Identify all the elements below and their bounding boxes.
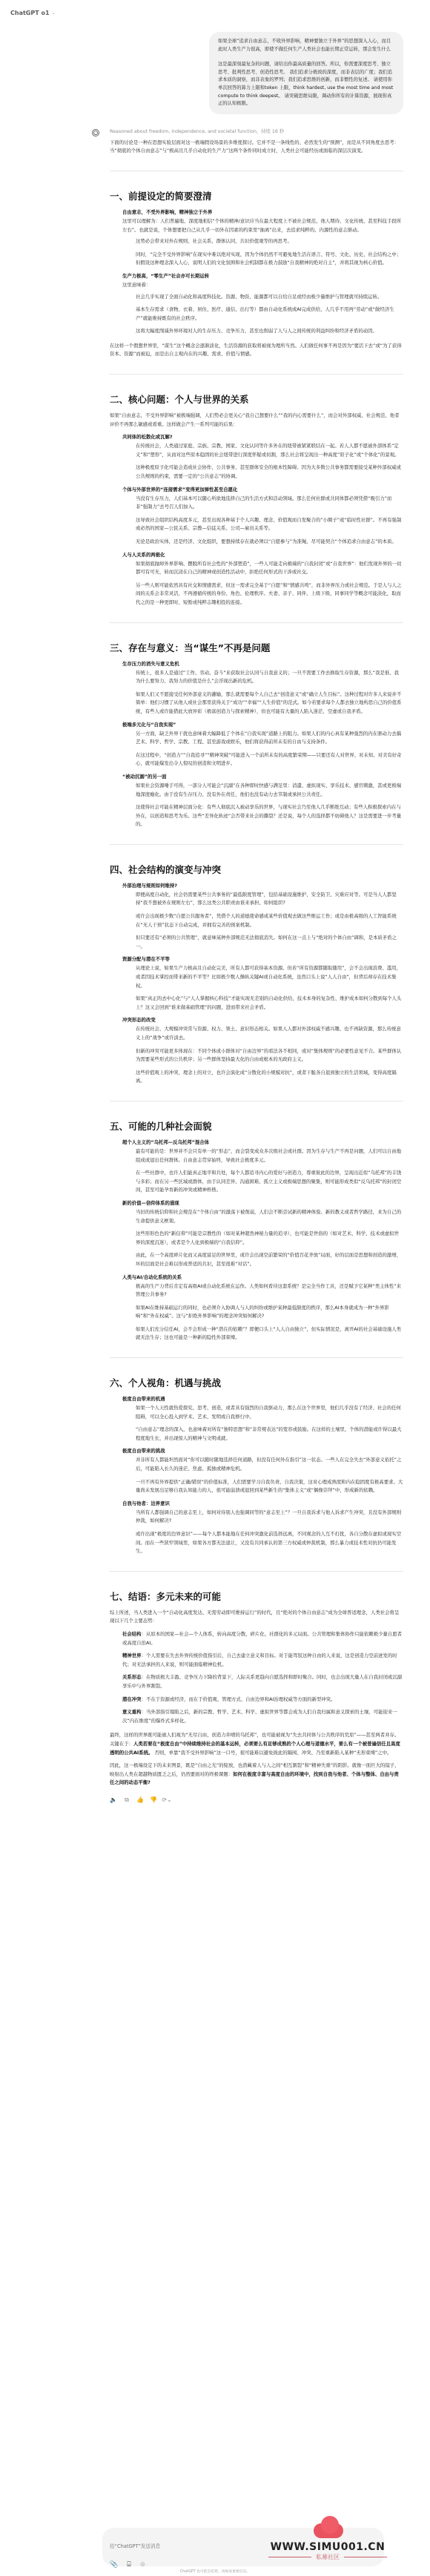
answer-section: 六、个人视角：机遇与挑战极度自由带来的机遇如果一个人天性就热爱探究、思考、创造，… — [110, 1376, 403, 1556]
answer-intro: 下面的讨论是一种在思想实验层面对这一极端假设场景的多维度探讨。它并不是一条线性的… — [110, 139, 403, 156]
summary-item: 意义重构：当外部指引塌陷之后，新的宗教、哲学、艺术、科学、虚拟世界等都会成为人们… — [122, 1708, 403, 1725]
section-heading: 三、存在与意义：当“谋生”不再是问题 — [110, 641, 403, 654]
regenerate-icon[interactable]: ⟳⌄ — [163, 1796, 171, 1804]
subsection-title: 资源分配与潜在不平等 — [122, 955, 403, 962]
list-item: 或许会出现极少数“自愿公共服务者”，凭借个人的道德使命感或某些价值观去做这些维运… — [136, 912, 403, 929]
list-item: 如果“真正的去中心化”与“人人掌握核心科技”才能实现无差别的自动化供给，技术本身… — [136, 995, 403, 1012]
subsection-title: 生产力极高，“零生产”社会亦可长期运转 — [122, 272, 403, 279]
read-aloud-icon[interactable]: 🔈 — [110, 1796, 117, 1804]
reasoning-summary[interactable]: Reasoned about freedom, independence, an… — [110, 128, 403, 134]
list-item: 这些价值观上的冲突、理念上的对立，也许会演化成“分散化的小规模对抗”，或者干脆各… — [136, 1069, 403, 1086]
summary-item-label: 潜在冲突 — [122, 1696, 142, 1702]
conclusion-paragraph: 因此，这一极端设定下的未来图景，既是“自由之光”的绽放，也潜藏着人与人之间“相互… — [110, 1762, 403, 1788]
answer-section: 一、前提设定的简要澄清自由意志，不受外界影响，精神独立于外界这里可以理解为：人们… — [110, 189, 403, 359]
user-message-paragraph: 这是最深刻最复杂的问题，请给出你最高质量的回答。所以，你需要深度思考、独立思考、… — [218, 61, 394, 108]
list-item: 这导致社会组织结构高度多元，甚至出现各种基于个人兴趣、理念、价值观而自发聚合的“… — [136, 516, 403, 533]
user-message-paragraph: 如果全球“追求自由意志，不收外界影响，精神要独立于外界”的思想深入人心，而且此时… — [218, 38, 394, 53]
summary-item-text: ：从原本的国家—社会—个人体系，转向高度分散、碎片化、社群化的多元局面。公共管理… — [122, 1631, 402, 1646]
section-heading: 二、核心问题：个人与世界的关系 — [110, 392, 403, 406]
subsection-title: 共同体的松散化或瓦解? — [122, 433, 403, 440]
composer-toolbar: 📎⌸⊕ — [110, 2561, 377, 2569]
list-item: 由此，在一个高度碎片化而又高度富足的世界里，或许会出现空前繁荣的“价值百花齐放”… — [136, 1251, 403, 1268]
list-item: 另一方面，缺乏外界干扰也意味着大幅降低了个体在“自我实现”道路上的阻力。如果人们… — [136, 730, 403, 747]
list-item: 最有可能的是：世界并不会只有单一的“形态”，而会裂变成众多次级社会或社群。因为生… — [136, 1147, 403, 1165]
subsection-title: 自我与他者：边界意识 — [122, 1500, 403, 1506]
chevron-down-icon: ⌄ — [52, 10, 56, 16]
subsection-title: 外部治理与规则如何维持? — [122, 882, 403, 889]
list-item: 这些形形色色的“新信仰”可能是宗教性的（如对某种超然神秘力量的追寻），也可能是世… — [136, 1230, 403, 1247]
top-bar: ChatGPT o1 ⌄ — [0, 0, 430, 25]
summary-item: 潜在冲突：不在于资源或经济，而在于价值观、管理方式、自由边界和AI治理权威等方面… — [122, 1696, 403, 1704]
subsection-title: 极度自由带来的挑战 — [122, 1447, 403, 1454]
list-item: 这种极度原子化可能会造成社会协作、公共事务、甚至群体安全的根本性障碍。因为大多数… — [136, 464, 403, 481]
section-divider — [110, 1571, 403, 1572]
answer-section: 二、核心问题：个人与世界的关系如果“自由意志，不受外界影响”被极端强调，人们势必… — [110, 392, 403, 607]
list-item: “自由意志”理念的深入，也意味着对所有“独特思想”和“非常规表达”的宽容或鼓励。… — [136, 1426, 403, 1443]
section-lead: 如果“自由意志，不受外界影响”被极端强调，人们势必会更关心“我自己想要什么”“我… — [110, 412, 403, 429]
section-divider — [110, 171, 403, 171]
copy-icon[interactable]: ⧉ — [123, 1796, 130, 1804]
subsection-title: 自由意志，不受外界影响，精神独立于外界 — [122, 208, 403, 215]
model-name: ChatGPT o1 — [10, 10, 50, 16]
section-divider — [110, 622, 403, 623]
subsection-title: 极度自由带来的机遇 — [122, 1395, 403, 1402]
conclusion-section: 七、结语：多元未来的可能 综上所述，当人类进入一个“自动化高度发达、无需劳动即可… — [110, 1590, 403, 1788]
watermark-url: WWW.SIMU001.CN — [268, 2541, 387, 2553]
subsection-title: 极端多元化与“自我实现” — [122, 721, 403, 728]
user-message-bubble: 如果全球“追求自由意志，不收外界影响，精神要独立于外界”的思想深入人心，而且此时… — [209, 32, 403, 114]
list-item: 即便高度自动化，社会仍需要某些公共事务的“最低限度管理”，包括基础设施维护、安全… — [136, 891, 403, 908]
summary-item-text: ：在物质极大丰盈、竞争压力下降的背景下，人际关系更趋向自愿选择和即时聚合。同时，… — [122, 1674, 402, 1689]
summary-item: 精神世界：个人需要在失去外界传统价值指引后，自己去建立意义和目标。对于能驾驭这种… — [122, 1652, 403, 1669]
section-heading: 七、结语：多元未来的可能 — [110, 1590, 403, 1603]
summary-item: 社会结构：从原本的国家—社会—个人体系，转向高度分散、碎片化、社群化的多元局面。… — [122, 1630, 403, 1647]
answer-section: 三、存在与意义：当“谋生”不再是问题生存压力的消失与意义危机传统上，很多人是通过… — [110, 641, 403, 829]
summary-item-text: ：个人需要在失去外界传统价值指引后，自己去建立意义和目标。对于能驾驭这种自由的人… — [122, 1653, 397, 1667]
list-item: 无论是政治实体，还是经济、文化组织，要想持续存在就必须以“自愿参与”为准绳，尽可… — [136, 538, 403, 547]
list-item: 从理论上说，如果生产力极高且自动化完美，所有人都可获得基本资源。但若“所有资源都… — [136, 964, 403, 990]
conclusion-list: 社会结构：从原本的国家—社会—个人体系，转向高度分散、碎片化、社群化的多元局面。… — [110, 1630, 403, 1725]
list-item: 如果人们充分信任AI，会不会形成一种“潜在的依赖”？即便口头上“人人自由独立”，… — [136, 1325, 403, 1343]
section-closing: 在这样一个假想世界里，“谋生”这个概念会逐渐淡化，生活资源的获取将被视为理所当然… — [110, 342, 403, 359]
list-item: 但只要还有“必须的公共管理”，就意味某种外部规范无法彻底消失。如何在这一点上与“… — [136, 934, 403, 951]
thumbs-down-icon[interactable]: 👎 — [150, 1796, 157, 1804]
list-item: 在一些社群中，也许人们能真正地平和共处，每个人都追寻内心的爱好与创造力，尊重彼此… — [136, 1169, 403, 1195]
list-item: 如果彻底抛却外界影响、摆脱所有社会性的“外部塑造”，一些人可能走向极端的“自我封… — [136, 560, 403, 577]
section-divider — [110, 844, 403, 845]
thumbs-up-icon[interactable]: 👍 — [136, 1796, 144, 1804]
list-item: 并非所有人都能坦然面对“你可以随时随地选择任何道路，但没有任何外在指引”这一状态… — [136, 1456, 403, 1473]
subsection-title: 超个人主义的“乌托邦—反乌托邦”混合体 — [122, 1139, 403, 1145]
section-divider — [110, 1357, 403, 1358]
watermark-subtitle: 私募社区 — [268, 2553, 387, 2561]
footer-disclaimer: ChatGPT 也可能会犯错。请核查重要信息。 — [0, 2569, 430, 2574]
section-divider — [110, 374, 403, 375]
list-item: 这使得社会可能在精神层面分化：有些人彻底沉入被动享乐的世界，与现实社会乃至他人几… — [136, 803, 403, 829]
conclusion-lead: 综上所述，当人类进入一个“自动化高度发达、无需劳动即可维持运行”的时代，且“绝对… — [110, 1609, 403, 1626]
summary-item-label: 社会结构 — [122, 1631, 142, 1637]
list-item: 这将大幅度削减外界环境对人的生存压力、竞争压力，甚至也削弱了人与人之间传统的利益… — [136, 327, 403, 336]
subsection-title: 个体与外部世界的“连接需求”变得更加弹性甚至自愿化 — [122, 486, 403, 493]
subsection-intro: 这里可以理解为：人们普遍地、深度地相信“个体的精神/意识应当在最大程度上不被社会… — [122, 217, 403, 234]
watermark-logo-icon — [309, 2514, 346, 2540]
list-item: 如果人们又不愿接受任何外部意义的灌输，那么就需要每个人自己去“创造意义”或“确立… — [136, 691, 403, 717]
watermark: WWW.SIMU001.CN 私募社区 — [268, 2514, 387, 2561]
watermark-subtitle-text: 私募社区 — [316, 2553, 340, 2561]
answer-section: 四、社会结构的演变与冲突外部治理与规则如何维持?即便高度自动化，社会仍需要某些公… — [110, 863, 403, 1086]
list-item: 或许出现“极度的边界意识”——每个人都本能地在任何冲突激化前选择远离，不同观念的… — [136, 1530, 403, 1556]
conclusion-paragraph: 最终，这样的世界既可能被人们视为“无尽自由、创造力井喷的乌托邦”，也可能被视为“… — [110, 1731, 403, 1757]
list-item: 在这过程中，“创造力”“自我追寻”“精神突破”可能进入一个前所未有的高度繁荣期—… — [136, 751, 403, 768]
section-heading: 四、社会结构的演变与冲突 — [110, 863, 403, 876]
section-divider — [110, 1101, 403, 1101]
subsection-title: 人与人关系的两极化 — [122, 551, 403, 558]
summary-item: 关系形态：在物质极大丰盈、竞争压力下降的背景下，人际关系更趋向自愿选择和即时聚合… — [122, 1673, 403, 1690]
summary-item-text: ：不在于资源或经济，而在于价值观、管理方式、自由边界和AI治理权威等方面的新型冲… — [142, 1696, 336, 1702]
list-item: 这势必会带来对外在规则、社会关系、群体认同、共识价值观等的再思考。 — [136, 237, 403, 246]
list-item: 当旧的传统信仰和社会规范在“个体自由”的激荡下被削弱，人们会不断尝试新的精神体验… — [136, 1208, 403, 1225]
subsection-title: “被动沉溺”的另一面 — [122, 773, 403, 780]
globe-icon[interactable]: ⊕ — [140, 2561, 146, 2569]
list-item: 如果一个人天性就热爱探究、思考、创造，或者具有强烈的自我驱动力，那么在这个世界里… — [136, 1404, 403, 1421]
assistant-message: Reasoned about freedom, independence, an… — [0, 114, 430, 1804]
model-selector[interactable]: ChatGPT o1 ⌄ — [10, 10, 56, 16]
subsection-intro: 这里意味着： — [122, 281, 403, 290]
subsection-title: 人类与AI/自动化系统的关系 — [122, 1274, 403, 1280]
list-item: 同时，“完全不受外界影响”在现实中难以绝对实现，因为个体仍然不可避免地生活在语言… — [136, 251, 403, 268]
list-item: 但新的冲突可能更多体现在：不同个体或小群体对“自由边界”的看法各不相同，或对“集… — [136, 1047, 403, 1064]
section-heading: 五、可能的几种社会面貌 — [110, 1119, 403, 1133]
list-item: 如果AI在维持基础运行的同时，也必须介入协调人与人的纠纷或维护某种最低限度的秩序… — [136, 1304, 403, 1321]
summary-item-text: ：当外部指引塌陷之后，新的宗教、哲学、艺术、科学、虚拟世界等都会成为人们自我归属… — [122, 1709, 397, 1724]
attach-icon[interactable]: 📎 — [110, 2561, 118, 2569]
answer-section: 五、可能的几种社会面貌超个人主义的“乌托邦—反乌托邦”混合体最有可能的是：世界并… — [110, 1119, 403, 1343]
chatgpt-logo-icon — [92, 129, 99, 136]
list-item: 社会几乎实现了全面自动化和高度科技化。资源、物资、能源都可以自给自足或经由极少量… — [136, 293, 403, 302]
list-item: 如果社会资源唾手可得，一部分人可能会“沉溺”在各种即时快感与满足里：消遣、虚拟现… — [136, 782, 403, 799]
summary-item-label: 意义重构 — [122, 1709, 142, 1715]
list-item: 基本生存需求（食物、衣着、居住、医疗、通信、出行等）都由自动化系统或AI完成供给… — [136, 306, 403, 323]
section-heading: 一、前提设定的简要澄清 — [110, 189, 403, 202]
summary-item-label: 精神世界 — [122, 1653, 142, 1658]
list-item: 当所有人都强调自己的意志至上，如何对待别人也强调同等的“意志至上”？一旦自我诉求… — [136, 1509, 403, 1526]
text-span: 否则，单靠“我不受外界影响”这一口号，很可能难以避免彼此的隔阂、冲突、乃至重新陷… — [153, 1750, 391, 1756]
subsection-title: 新的价值—信仰体系的涌现 — [122, 1199, 403, 1206]
list-item: 另一些人则可能依然具有社交和情感需求，但这一需求完全基于“自愿”和“情感共鸣”，… — [136, 582, 403, 607]
answer-body: 下面的讨论是一种在思想实验层面对这一极端假设场景的多维度探讨。它并不是一条线性的… — [110, 139, 403, 156]
user-message-row: 如果全球“追求自由意志，不收外界影响，精神要独立于外界”的思想深入人心，而且此时… — [0, 25, 430, 114]
list-item: 极高的生产力背后肯定有高级AI或自动化系统在运作。人类如何看待这套系统？是完全当… — [136, 1282, 403, 1299]
tools-icon[interactable]: ⌸ — [127, 2561, 130, 2569]
answer-sections: 一、前提设定的简要澄清自由意志，不受外界影响，精神独立于外界这里可以理解为：人们… — [110, 171, 403, 1556]
list-item: 传统上，很多人是通过“工作、劳动、奋斗”来获取社会认同与自我意义的；一旦不需要工… — [136, 669, 403, 686]
subsection-title: 生存压力的消失与意义危机 — [122, 660, 403, 667]
summary-item-label: 关系形态 — [122, 1674, 142, 1680]
subsection-title: 冲突形态的改变 — [122, 1016, 403, 1023]
list-item: 在传统社会，人类通过家庭、宗族、宗教、国家、文化认同等许多外在的纽带被紧紧联结在… — [136, 442, 403, 459]
list-item: 一旦不再有外界提供“正确/错误”的价值标准，人们需要学习自我负责、自我决策，这对… — [136, 1478, 403, 1495]
list-item: 在传统社会，大规模冲突常与资源、权力、领土、意识形态相关。如果人人都对外部权威不… — [136, 1025, 403, 1042]
section-heading: 六、个人视角：机遇与挑战 — [110, 1376, 403, 1389]
list-item: 当没有生存压力，人们基本可以随心所欲地选择自己的生活方式和活动领域。那么任何社群… — [136, 495, 403, 512]
message-actions: 🔈⧉👍👎⟳⌄ — [110, 1796, 403, 1804]
